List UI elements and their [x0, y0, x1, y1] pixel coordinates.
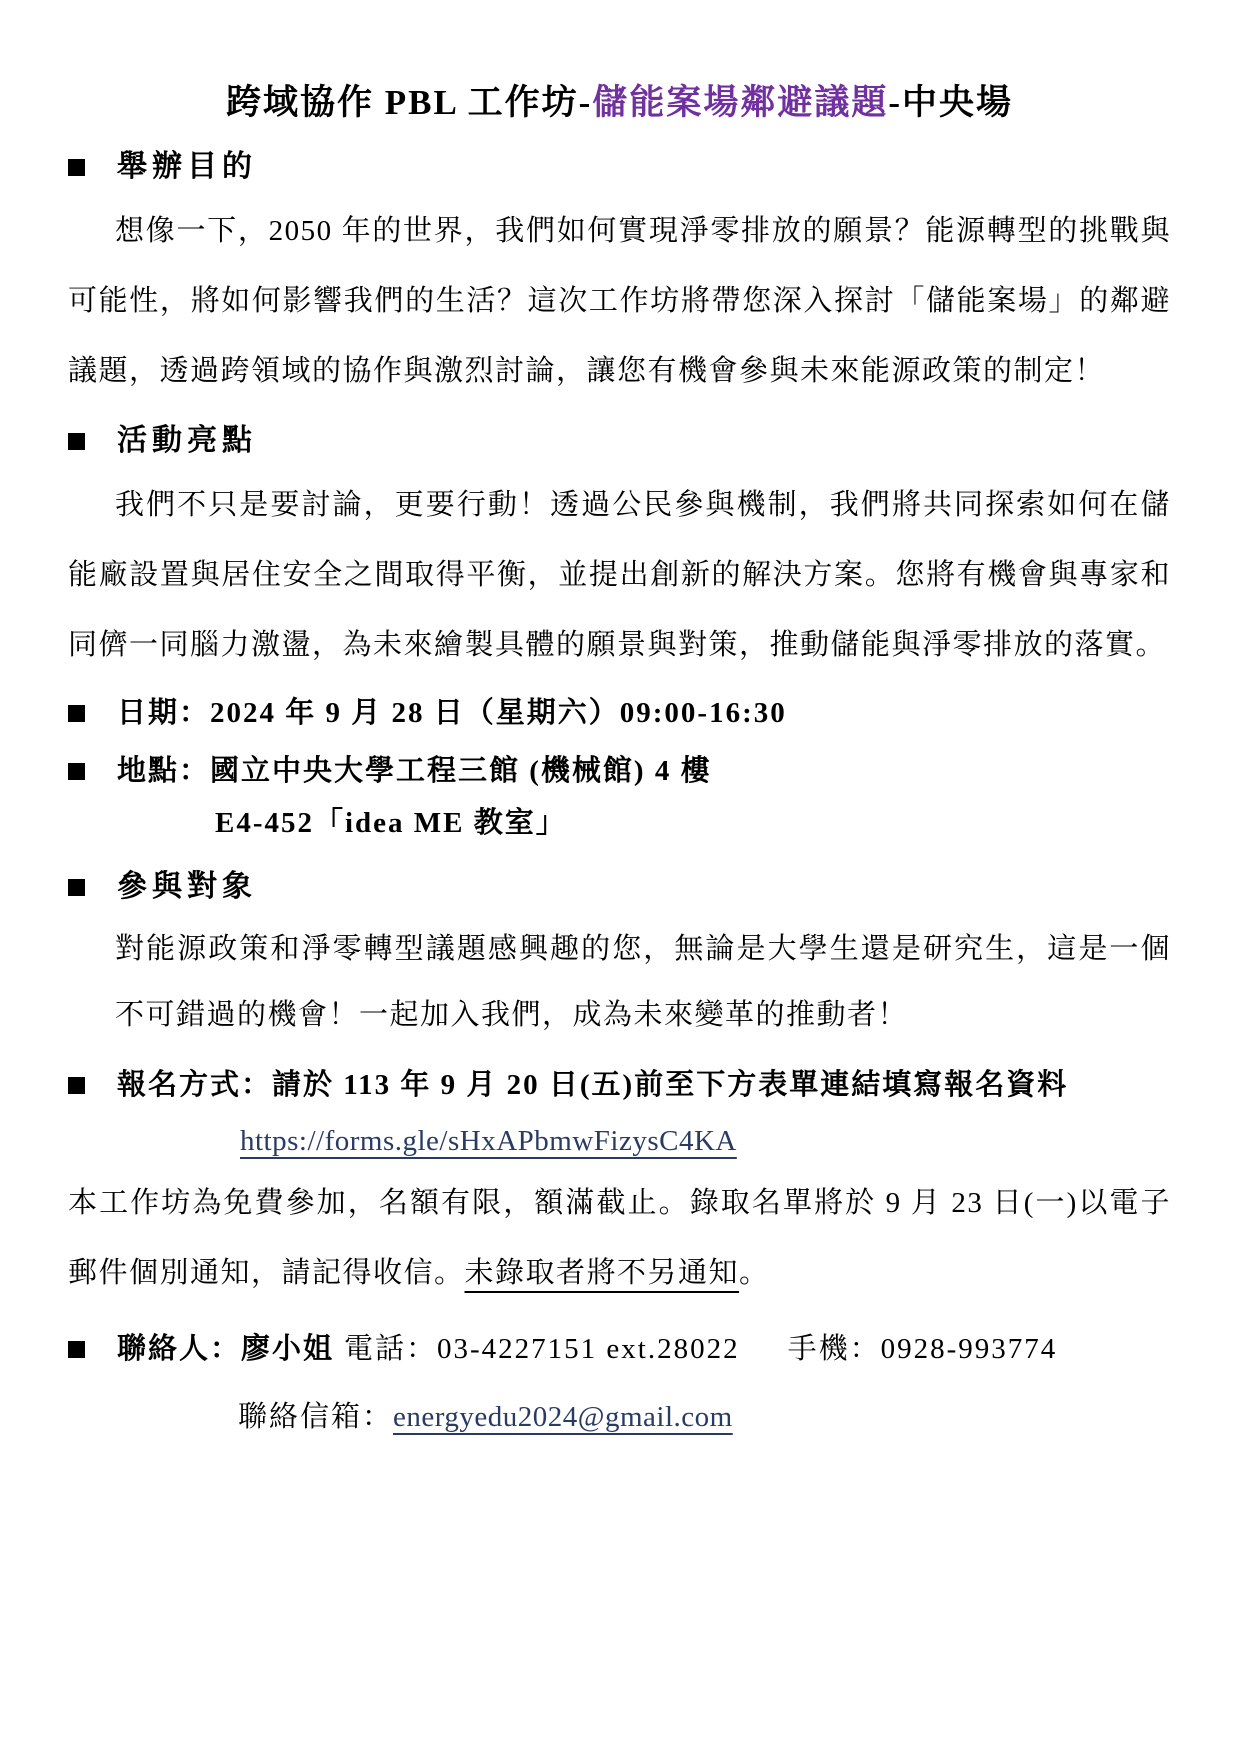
contact-email-line: 聯絡信箱：energyedu2024@gmail.com — [238, 1396, 1171, 1438]
highlights-heading-label: 活動亮點 — [117, 422, 257, 460]
contact-mobile-text: 手機：0928-993774 — [788, 1330, 1058, 1368]
location-list-item: 地點：國立中央大學工程三館 (機械館) 4 樓 — [68, 752, 1171, 790]
registration-list-item: 報名方式：請於 113 年 9 月 20 日(五)前至下方表單連結填寫報名資料 — [68, 1066, 1171, 1104]
title-right-text: -中央場 — [888, 83, 1013, 122]
audience-paragraph: 對能源政策和淨零轉型議題感興趣的您，無論是大學生還是研究生，這是一個不可錯過的機… — [115, 916, 1171, 1048]
note-after-text: 。 — [739, 1257, 770, 1289]
contact-person-text: 聯絡人：廖小姐 — [117, 1330, 334, 1368]
bullet-square-icon — [68, 705, 85, 722]
contact-list-item: 聯絡人：廖小姐 電話：03-4227151 ext.28022 手機：0928-… — [68, 1330, 1171, 1368]
purpose-paragraph: 想像一下，2050 年的世界，我們如何實現淨零排放的願景？能源轉型的挑戰與可能性… — [68, 196, 1171, 406]
contact-phone-text: 電話：03-4227151 ext.28022 — [344, 1330, 740, 1368]
bullet-square-icon — [68, 1077, 85, 1094]
registration-link-line: https://forms.gle/sHxAPbmwFizysC4KA — [240, 1120, 1171, 1162]
registration-form-link[interactable]: https://forms.gle/sHxAPbmwFizysC4KA — [240, 1125, 737, 1157]
location-text: 地點：國立中央大學工程三館 (機械館) 4 樓 — [117, 752, 712, 790]
title-left-text: 跨域協作 PBL 工作坊- — [226, 83, 592, 122]
location-room-text: E4-452「idea ME 教室」 — [215, 804, 1171, 842]
section-heading-audience: 參與對象 — [68, 868, 1171, 906]
bullet-square-icon — [68, 763, 85, 780]
page-title: 跨域協作 PBL 工作坊-儲能案場鄰避議題-中央場 — [68, 76, 1171, 130]
bullet-square-icon — [68, 433, 85, 450]
contact-email-link[interactable]: energyedu2024@gmail.com — [393, 1401, 733, 1433]
date-list-item: 日期：2024 年 9 月 28 日（星期六）09:00-16:30 — [68, 694, 1171, 732]
bullet-square-icon — [68, 159, 85, 176]
audience-heading-label: 參與對象 — [117, 868, 257, 906]
highlights-paragraph: 我們不只是要討論，更要行動！透過公民參與機制，我們將共同探索如何在儲能廠設置與居… — [68, 470, 1171, 680]
registration-note-paragraph: 本工作坊為免費參加，名額有限，額滿截止。錄取名單將於 9 月 23 日(一)以電… — [68, 1168, 1171, 1308]
document-page: 跨域協作 PBL 工作坊-儲能案場鄰避議題-中央場 舉辦目的 想像一下，2050… — [0, 0, 1241, 1754]
purpose-heading-label: 舉辦目的 — [117, 148, 257, 186]
title-accent-text: 儲能案場鄰避議題 — [592, 83, 888, 122]
bullet-square-icon — [68, 1341, 85, 1358]
note-underlined-text: 未錄取者將不另通知 — [465, 1257, 740, 1289]
registration-heading-text: 報名方式：請於 113 年 9 月 20 日(五)前至下方表單連結填寫報名資料 — [117, 1066, 1068, 1104]
contact-email-label: 聯絡信箱： — [238, 1401, 393, 1433]
section-heading-highlights: 活動亮點 — [68, 422, 1171, 460]
section-heading-purpose: 舉辦目的 — [68, 148, 1171, 186]
date-text: 日期：2024 年 9 月 28 日（星期六）09:00-16:30 — [117, 694, 787, 732]
bullet-square-icon — [68, 879, 85, 896]
